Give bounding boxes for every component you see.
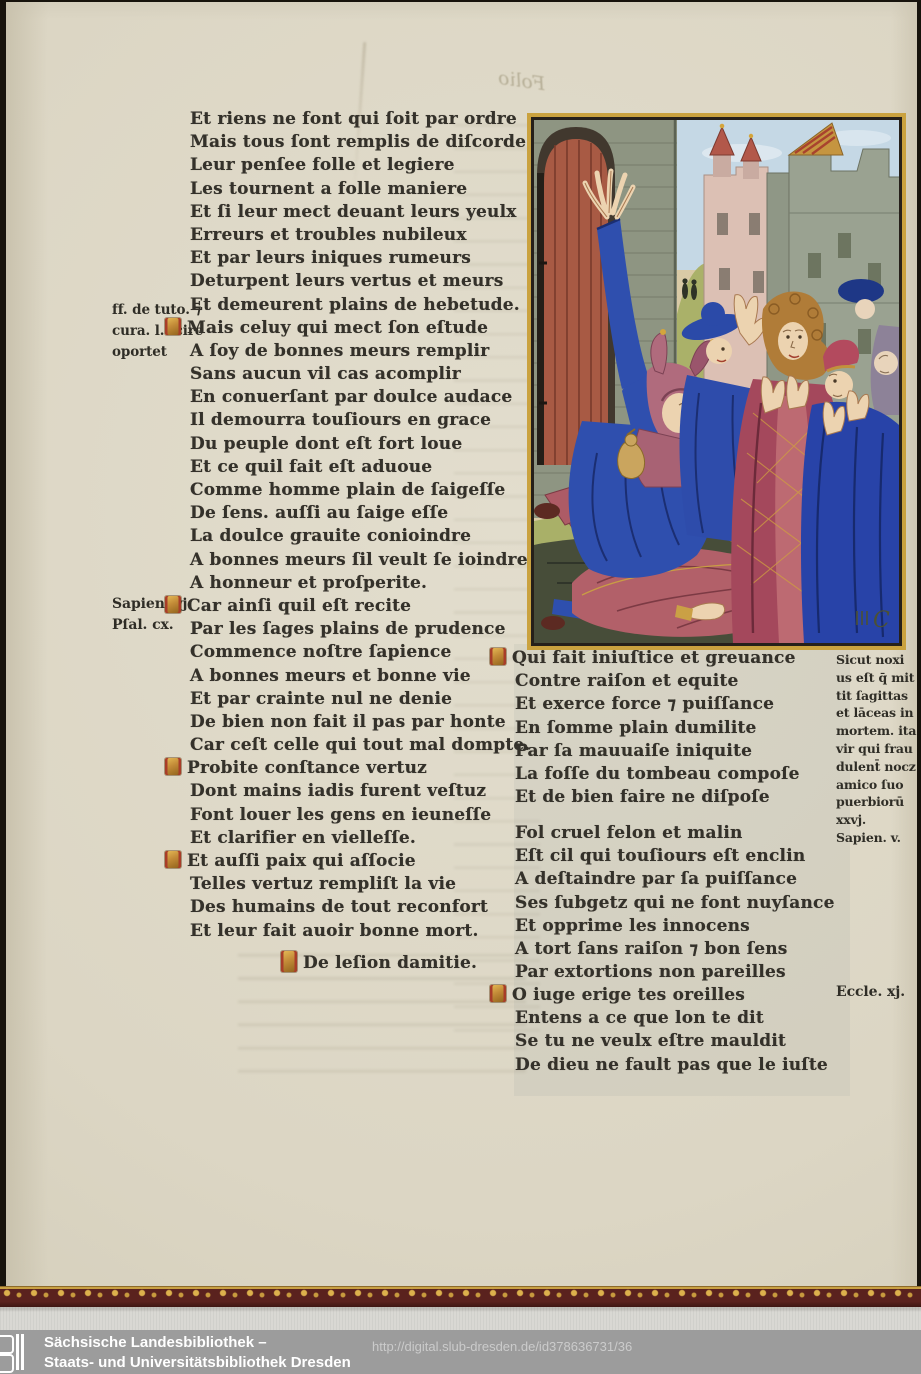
verse-line: Et exerce force ⁊ puiſſance [515,694,837,717]
illuminated-initial [281,951,297,972]
margin-note-line: Pſal. cx. [112,615,192,636]
verse-line: En conuerſant par doulce audace [190,387,522,410]
verse-line: Telles vertuz rempliſt la vie [190,874,522,897]
verse-column-right-stanza-3: O iuge erige tes oreillesEntens a ce que… [515,985,837,1078]
verse-line: Qui fait iniuſtice et greuance [515,648,837,671]
verse-line: De bien non fait il pas par honte [190,712,522,735]
verse-line: Et par leurs iniques rumeurs [190,248,522,271]
verse-line: Des humains de tout reconfort [190,897,522,920]
margin-note-line: Eccle. xj. [836,983,905,1001]
verse-line: Et ce quil fait eſt aduoue [190,457,522,480]
verse-line: Entens a ce que lon te dit [515,1008,837,1031]
margin-note-line: amico ſuo [836,776,920,794]
verse-line: Il demourra touſiours en grace [190,410,522,433]
right-margin-note-citation: Eccle. xj. [836,983,905,1001]
library-footer-bar: Sächsische Landesbibliothek – Staats- un… [0,1330,921,1374]
margin-note-line: xxvj. [836,811,920,829]
verse-line: Du peuple dont eſt fort loue [190,434,522,457]
verse-line: Par ſa mauuaiſe iniquite [515,741,837,764]
margin-note-line: et lāceas in [836,704,920,722]
cloth-backing [0,1307,921,1330]
verse-line: O iuge erige tes oreilles [515,985,837,1008]
verse-line: Leur penſee folle et legiere [190,155,522,178]
verse-line: Fol cruel felon et malin [515,823,837,846]
verse-column-left: Et riens ne font qui ſoit par ordreMais … [190,109,522,944]
verse-line: Font louer les gens en ieuneſſe [190,805,522,828]
verse-line: Car ceſt celle qui tout mal dompte. [190,735,522,758]
slub-logo-icon [16,1334,19,1370]
verse-line: Probite conſtance vertuz [190,758,522,781]
verse-line: La foſſe du tombeau compoſe [515,764,837,787]
verse-line: Et riens ne font qui ſoit par ordre [190,109,522,132]
verse-column-right-stanza-2: Fol cruel felon et malinEſt cil qui touſ… [515,823,837,985]
margin-note-line: dulent̄ nocz [836,758,920,776]
verse-line: Et auſſi paix qui aſſocie [190,851,522,874]
verse-line: Erreurs et troubles nubileux [190,225,522,248]
margin-note-line: puerbiorū [836,793,920,811]
margin-note-line: Sicut noxi [836,651,920,669]
miniature-painting: C [527,113,906,650]
slub-logo-icon [0,1335,14,1354]
illuminated-initial [490,648,506,665]
verse-line: De ſens. auſſi au ſaige eſſe [190,503,522,526]
verse-line: Contre raiſon et equite [515,671,837,694]
library-name-line2: Staats- und Universitätsbibliothek Dresd… [44,1353,351,1373]
verse-line: Comme homme plain de ſaigeſſe [190,480,522,503]
verse-line: Et leur fait auoir bonne mort. [190,921,522,944]
library-name: Sächsische Landesbibliothek – Staats- un… [44,1333,351,1373]
verse-line: Et de bien faire ne diſpoſe [515,787,837,810]
margin-note-line: mortem. ita [836,722,920,740]
slub-logo-icon [21,1334,24,1370]
verse-line: Les tournent a folle maniere [190,179,522,202]
margin-note-line: tit ſagittas [836,687,920,705]
verse-line: En ſomme plain dumilite [515,718,837,741]
verse-line: Eſt cil qui touſiours eſt enclin [515,846,837,869]
verse-line: De dieu ne fault pas que le iuſte [515,1055,837,1078]
verse-line: Deturpent leurs vertus et meurs [190,271,522,294]
verse-line: A deſtaindre par ſa puiſſance [515,869,837,892]
verse-line: La doulce grauite conioindre [190,526,522,549]
verse-line: Par extortions non pareilles [515,962,837,985]
verse-line: Et par crainte nul ne denie [190,689,522,712]
illuminated-initial [165,596,181,613]
right-margin-note-latin: Sicut noxius eſt q̄ mittit ſagittaset lā… [836,651,920,847]
source-url: http://digital.slub-dresden.de/id3786367… [372,1339,632,1354]
verse-line: A bonnes meurs ſil veult ſe ioindre [190,550,522,573]
illuminated-initial [165,318,181,335]
verse-line: A tort ſans raiſon ⁊ bon ſens [515,939,837,962]
verse-line: Mais tous ſont remplis de diſcorde [190,132,522,155]
verse-line: Par les ſages plains de prudence [190,619,522,642]
margin-note-line: vir qui frau [836,740,920,758]
verse-line: Ses ſubgetz qui ne font nuyſance [515,893,837,916]
margin-note-line: Sapien. v. [836,829,920,847]
verse-line: Et ſi leur mect deuant leurs yeulx [190,202,522,225]
verse-line: Et clarifier en vielleſſe. [190,828,522,851]
rubric-heading: De leſion damitie. [306,951,477,974]
verse-line: Se tu ne veulx eſtre mauldit [515,1031,837,1054]
verse-line: Commence noſtre ſapience [190,642,522,665]
illuminated-initial [165,758,181,775]
verse-line: Sans aucun vil cas acomplir [190,364,522,387]
svg-text:C: C [873,608,890,633]
illuminated-initial [165,851,181,868]
verse-column-right-stanza-1: Qui fait iniuſtice et greuanceContre rai… [515,648,837,810]
verse-line: Mais celuy qui mect ſon eſtude [190,318,522,341]
rubric-text: De leſion damitie. [303,953,477,973]
verse-line: Dont mains iadis furent veſtuz [190,781,522,804]
slub-logo-icon [0,1354,14,1373]
verse-line: A ſoy de bonnes meurs remplir [190,341,522,364]
manuscript-scan: Folio ff. de tuto. ⁊cura. l. ſcireoporte… [0,0,921,1374]
verse-line: Et demeurent plains de hebetude. [190,295,522,318]
verse-line: A bonnes meurs et bonne vie [190,666,522,689]
illuminated-initial [490,985,506,1002]
verse-line: Et opprime les innocens [515,916,837,939]
margin-note-line: us eſt q̄ mit [836,669,920,687]
verse-line: Car ainſi quil eſt recite [190,596,522,619]
verse-line: A honneur et proſperite. [190,573,522,596]
gilt-book-edge [0,1286,921,1308]
library-name-line1: Sächsische Landesbibliothek – [44,1333,351,1353]
